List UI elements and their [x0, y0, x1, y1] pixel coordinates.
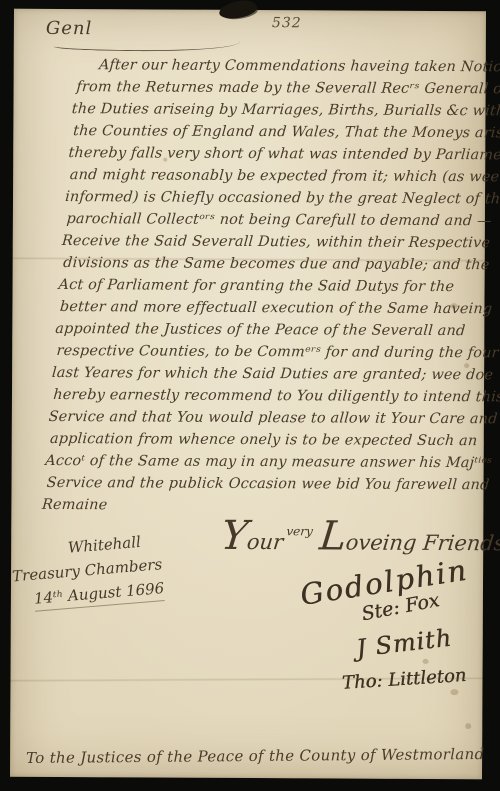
signature-block: Godolphin Ste: Fox J Smith Tho: Littleto… [230, 570, 471, 694]
body-line: respective Counties, to be Commᵉʳˢ for a… [56, 340, 469, 364]
body-line: from the Returnes made by the Severall R… [76, 76, 489, 100]
body-line: better and more effectuall execution of … [59, 296, 472, 320]
body-line: Receive the Said Severall Duties, within… [61, 230, 477, 254]
dateline: Whitehall Treasury Chambers 14ᵗʰ August … [7, 525, 202, 613]
body-line: Service and the publick Occasion wee bid… [46, 472, 459, 496]
body-line: the Counties of England and Wales, That … [72, 120, 485, 144]
page-number: 532 [272, 15, 302, 31]
address-line: To the Justices of the Peace of the Coun… [26, 745, 476, 767]
manuscript-scan: Genl 532 After our hearty Commendations … [0, 0, 500, 791]
body-line: appointed the Justices of the Peace of t… [54, 318, 470, 342]
body-line: Accoᵗ of the Same as may in any measure … [45, 450, 461, 474]
body-line: application from whence onely is to be e… [49, 428, 462, 452]
body-line: thereby falls very short of what was int… [68, 142, 484, 166]
body-line: parochiall Collectᵒʳˢ not being Carefull… [66, 208, 479, 232]
body-line: Act of Parliament for granting the Said … [58, 274, 474, 298]
fox-spot [465, 723, 471, 729]
docket-flourish [54, 32, 241, 56]
body-line: last Yeares for which the Said Duties ar… [51, 362, 467, 386]
body-line: After our hearty Commendations haveing t… [74, 54, 490, 78]
body-line: informed) is Chiefly occasioned by the g… [64, 186, 480, 210]
letter-body: After our hearty Commendations haveing t… [41, 54, 490, 518]
body-line: divisions as the Same becomes due and pa… [62, 252, 475, 276]
valediction-inserted-very: very [286, 524, 314, 538]
body-line: the Duties ariseing by Marriages, Births… [71, 98, 487, 122]
valediction-your: Your [219, 513, 287, 559]
body-line: Service and that You would please to all… [48, 406, 464, 430]
letter-page: Genl 532 After our hearty Commendations … [10, 9, 486, 779]
valediction-rest: Loveing Friends [317, 513, 500, 560]
body-line: and might reasonably be expected from it… [69, 164, 482, 188]
body-line: hereby earnestly recommend to You dilige… [52, 384, 465, 408]
